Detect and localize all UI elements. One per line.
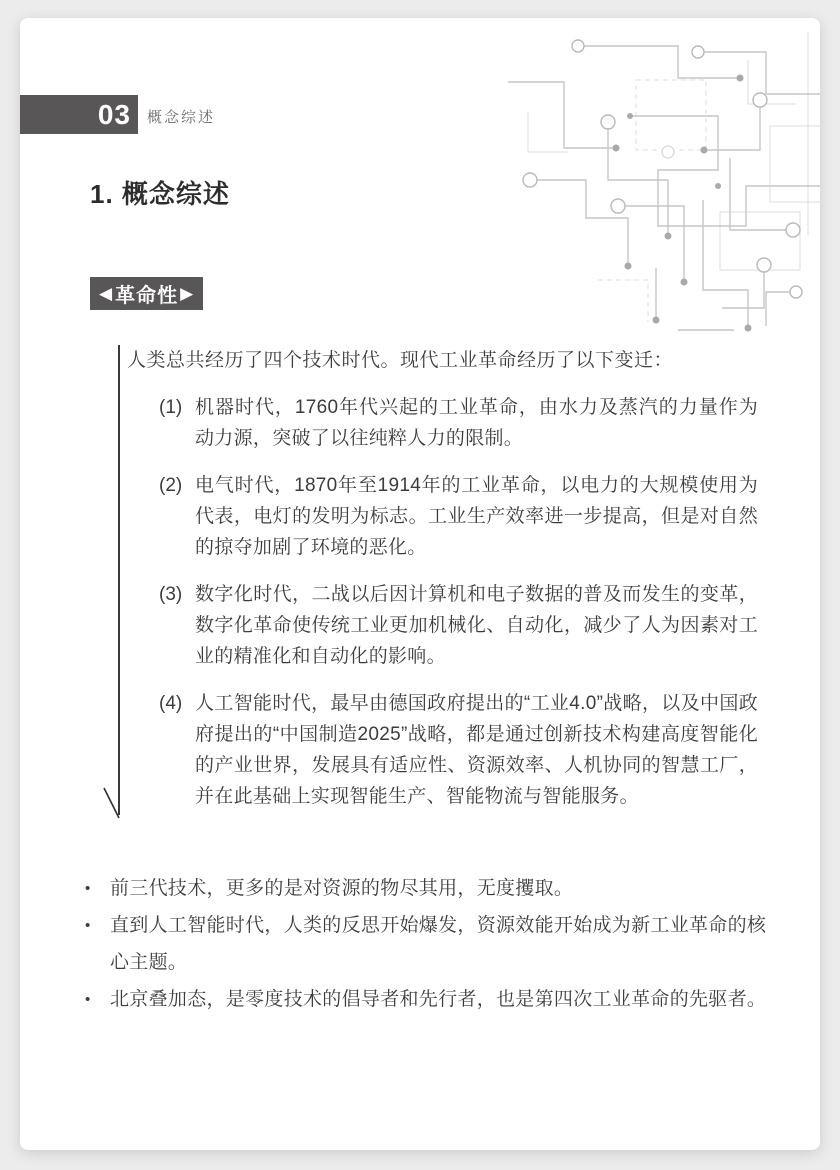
bullet-dot-icon: • bbox=[85, 981, 110, 1018]
left-triangle-icon: ◀ bbox=[99, 285, 113, 302]
numbered-item-2: (2) 电气时代，1870年至1914年的工业革命，以电力的大规模使用为代表，电… bbox=[127, 470, 770, 563]
bullet-item-3: • 北京叠加态，是零度技术的倡导者和先行者，也是第四次工业革命的先驱者。 bbox=[85, 981, 775, 1018]
section-title: 1. 概念综述 bbox=[90, 174, 230, 211]
summary-bullet-list: • 前三代技术，更多的是对资源的物尽其用，无度攫取。 • 直到人工智能时代，人类… bbox=[85, 870, 775, 1018]
item-text: 人工智能时代，最早由德国政府提出的“工业4.0”战略，以及中国政府提出的“中国制… bbox=[195, 688, 758, 812]
item-text: 电气时代，1870年至1914年的工业革命，以电力的大规模使用为代表，电灯的发明… bbox=[195, 470, 758, 563]
bullet-text: 前三代技术，更多的是对资源的物尽其用，无度攫取。 bbox=[110, 870, 775, 907]
chapter-label: 概念综述 bbox=[147, 106, 215, 127]
revolution-text-block: 人类总共经历了四个技术时代。现代工业革命经历了以下变迁： (1) 机器时代，17… bbox=[118, 345, 770, 815]
item-marker: (2) bbox=[159, 470, 195, 563]
item-marker: (4) bbox=[159, 688, 195, 812]
intro-paragraph: 人类总共经历了四个技术时代。现代工业革命经历了以下变迁： bbox=[127, 345, 770, 376]
bullet-item-2: • 直到人工智能时代，人类的反思开始爆发，资源效能开始成为新工业革命的核心主题。 bbox=[85, 907, 775, 981]
bullet-text: 北京叠加态，是零度技术的倡导者和先行者，也是第四次工业革命的先驱者。 bbox=[110, 981, 775, 1018]
item-marker: (1) bbox=[159, 392, 195, 454]
chapter-number-bar: 03 bbox=[20, 95, 138, 134]
bullet-item-1: • 前三代技术，更多的是对资源的物尽其用，无度攫取。 bbox=[85, 870, 775, 907]
numbered-item-3: (3) 数字化时代，二战以后因计算机和电子数据的普及而发生的变革，数字化革命使传… bbox=[127, 579, 770, 672]
bullet-text: 直到人工智能时代，人类的反思开始爆发，资源效能开始成为新工业革命的核心主题。 bbox=[110, 907, 775, 981]
bullet-dot-icon: • bbox=[85, 907, 110, 981]
badge-label: 革命性 bbox=[115, 279, 178, 308]
numbered-item-1: (1) 机器时代，1760年代兴起的工业革命，由水力及蒸汽的力量作为动力源，突破… bbox=[127, 392, 770, 454]
item-marker: (3) bbox=[159, 579, 195, 672]
chapter-number: 03 bbox=[98, 101, 131, 129]
item-text: 数字化时代，二战以后因计算机和电子数据的普及而发生的变革，数字化革命使传统工业更… bbox=[195, 579, 758, 672]
right-triangle-icon: ▶ bbox=[180, 285, 194, 302]
bullet-dot-icon: • bbox=[85, 870, 110, 907]
revolutionary-badge: ◀ 革命性 ▶ bbox=[90, 277, 203, 310]
numbered-item-4: (4) 人工智能时代，最早由德国政府提出的“工业4.0”战略，以及中国政府提出的… bbox=[127, 688, 770, 812]
circuit-pattern-decoration bbox=[508, 30, 820, 350]
line-end-tick-icon bbox=[103, 785, 123, 820]
item-text: 机器时代，1760年代兴起的工业革命，由水力及蒸汽的力量作为动力源，突破了以往纯… bbox=[195, 392, 758, 454]
document-page: 03 概念综述 1. 概念综述 ◀ 革命性 ▶ 人类总共经历了四个技术时代。现代… bbox=[20, 18, 820, 1150]
